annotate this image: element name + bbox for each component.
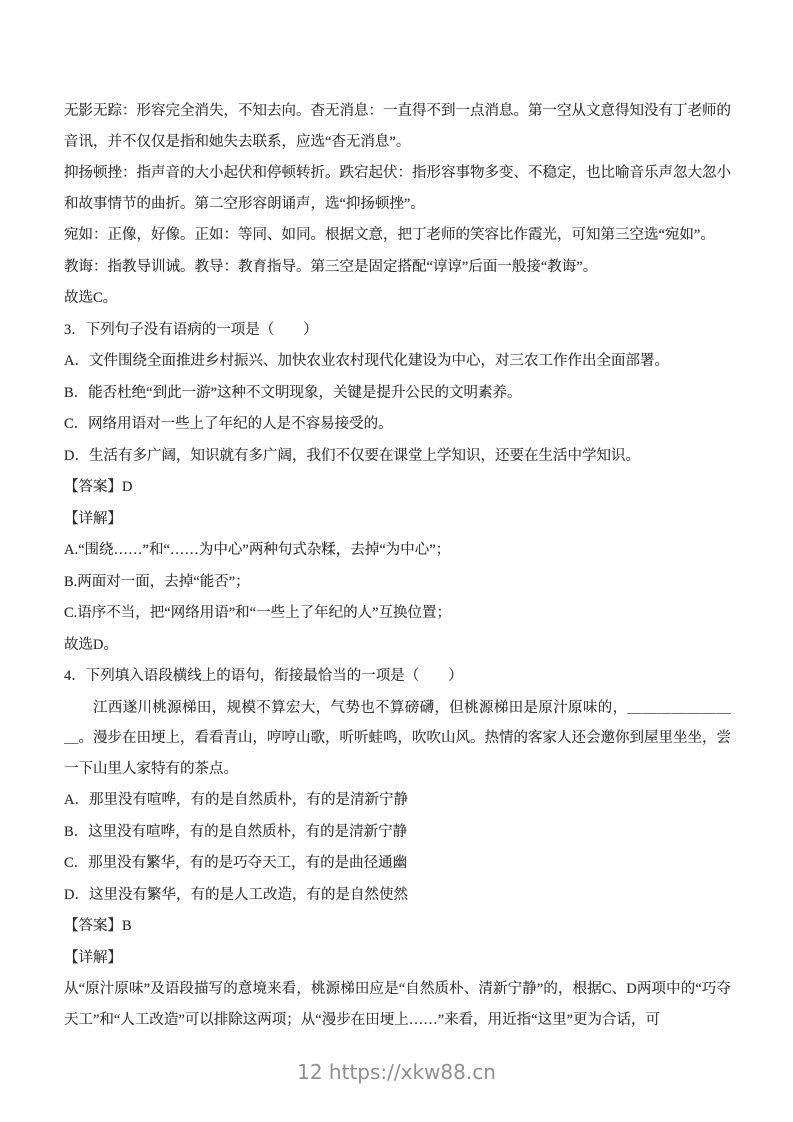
analysis-idiom-yiyangduncuo: 抑扬顿挫：指声音的大小起伏和停顿转折。跌宕起伏：指形容事物多变、不稳定，也比喻音… xyxy=(64,158,731,219)
q4-stem: 4．下列填入语段横线上的语句，衔接最恰当的一项是（ ） xyxy=(64,661,731,692)
q3-option-d: D．生活有多广阔，知识就有多广阔，我们不仅要在课堂上学知识，还要在生活中学知识。 xyxy=(64,441,731,472)
analysis-idiom-wanru: 宛如：正像，好像。正如：等同、如同。根据文意，把丁老师的笑容比作霞光，可知第三空… xyxy=(64,220,731,251)
document-page: 无影无踪：形容完全消失，不知去向。杳无消息：一直得不到一点消息。第一空从文意得知… xyxy=(0,0,793,1122)
q4-analysis: 从“原汁原味”及语段描写的意境来看，桃源梯田应是“自然质朴、清新宁静”的，根据C… xyxy=(64,974,731,1035)
watermark-url: https://xkw88.cn xyxy=(329,1060,496,1084)
q3-conclusion: 故选D。 xyxy=(64,630,731,661)
q3-option-b: B．能否杜绝“到此一游”这种不文明现象，关键是提升公民的文明素养。 xyxy=(64,378,731,409)
q3-analysis-c: C.语序不当，把“网络用语”和“一些上了年纪的人”互换位置； xyxy=(64,598,731,629)
q3-stem: 3．下列句子没有语病的一项是（ ） xyxy=(64,315,731,346)
q3-option-c: C．网络用语对一些上了年纪的人是不容易接受的。 xyxy=(64,409,731,440)
q4-option-a: A．那里没有喧哗，有的是自然质朴，有的是清新宁静 xyxy=(64,785,731,816)
q3-analysis-a: A.“围绕……”和“……为中心”两种句式杂糅，去掉“为中心”； xyxy=(64,535,731,566)
q3-detail-heading: 【详解】 xyxy=(64,504,731,535)
q4-detail-heading: 【详解】 xyxy=(64,943,731,974)
document-body: 无影无踪：形容完全消失，不知去向。杳无消息：一直得不到一点消息。第一空从文意得知… xyxy=(64,96,731,1036)
q2-conclusion: 故选C。 xyxy=(64,283,731,314)
analysis-idiom-wuyingwuzong: 无影无踪：形容完全消失，不知去向。杳无消息：一直得不到一点消息。第一空从文意得知… xyxy=(64,96,731,157)
q4-option-c: C．那里没有繁华，有的是巧夺天工，有的是曲径通幽 xyxy=(64,848,731,879)
q3-option-a: A．文件围绕全面推进乡村振兴、加快农业农村现代化建设为中心，对三农工作作出全面部… xyxy=(64,346,731,377)
q4-passage: 江西遂川桃源梯田，规模不算宏大，气势也不算磅礴，但桃源梯田是原汁原味的，＿＿＿＿… xyxy=(64,693,731,785)
q3-analysis-b: B.两面对一面，去掉“能否”； xyxy=(64,567,731,598)
q4-option-b: B．这里没有喧哗，有的是自然质朴，有的是清新宁静 xyxy=(64,817,731,848)
q4-option-d: D．这里没有繁华，有的是人工改造，有的是自然使然 xyxy=(64,880,731,911)
page-footer: 12 https://xkw88.cn xyxy=(0,1058,793,1086)
page-number: 12 xyxy=(297,1060,322,1084)
analysis-idiom-jiaohui: 教诲：指教导训诫。教导：教育指导。第三空是固定搭配“谆谆”后面一般接“教诲”。 xyxy=(64,252,731,283)
q4-answer: 【答案】B xyxy=(64,911,731,942)
q3-answer: 【答案】D xyxy=(64,472,731,503)
